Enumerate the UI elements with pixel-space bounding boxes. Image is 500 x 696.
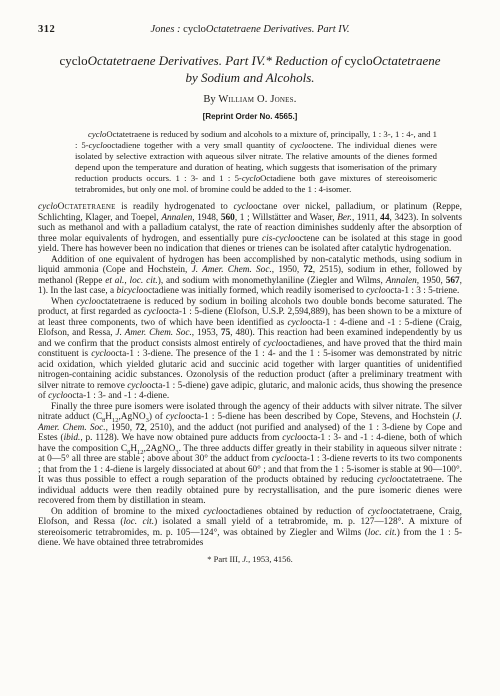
paragraph: When cyclooctatetraene is reduced by sod… bbox=[38, 297, 462, 402]
abstract: cycloOctatetraene is reduced by sodium a… bbox=[75, 129, 437, 195]
paragraph: On addition of bromine to the mixed cycl… bbox=[38, 507, 462, 549]
paragraph: cycloOctatetraene is readily hydrogenate… bbox=[38, 202, 462, 255]
page-number: 312 bbox=[38, 24, 55, 35]
page-header: 312 Jones : cycloOctatetraene Derivative… bbox=[38, 24, 462, 38]
journal-page: 312 Jones : cycloOctatetraene Derivative… bbox=[0, 0, 500, 696]
paragraph: Finally the three pure isomers were isol… bbox=[38, 402, 462, 507]
reprint-note: [Reprint Order No. 4565.] bbox=[38, 112, 462, 121]
byline: By William O. Jones. bbox=[38, 94, 462, 105]
paragraph: Addition of one equivalent of hydrogen h… bbox=[38, 255, 462, 297]
running-title: Jones : cycloOctatetraene Derivatives. P… bbox=[38, 24, 462, 35]
footnote: * Part III, J., 1953, 4156. bbox=[38, 554, 462, 564]
article-title: cycloOctatetraene Derivatives. Part IV.*… bbox=[59, 52, 441, 86]
article-body: cycloOctatetraene is readily hydrogenate… bbox=[38, 202, 462, 549]
